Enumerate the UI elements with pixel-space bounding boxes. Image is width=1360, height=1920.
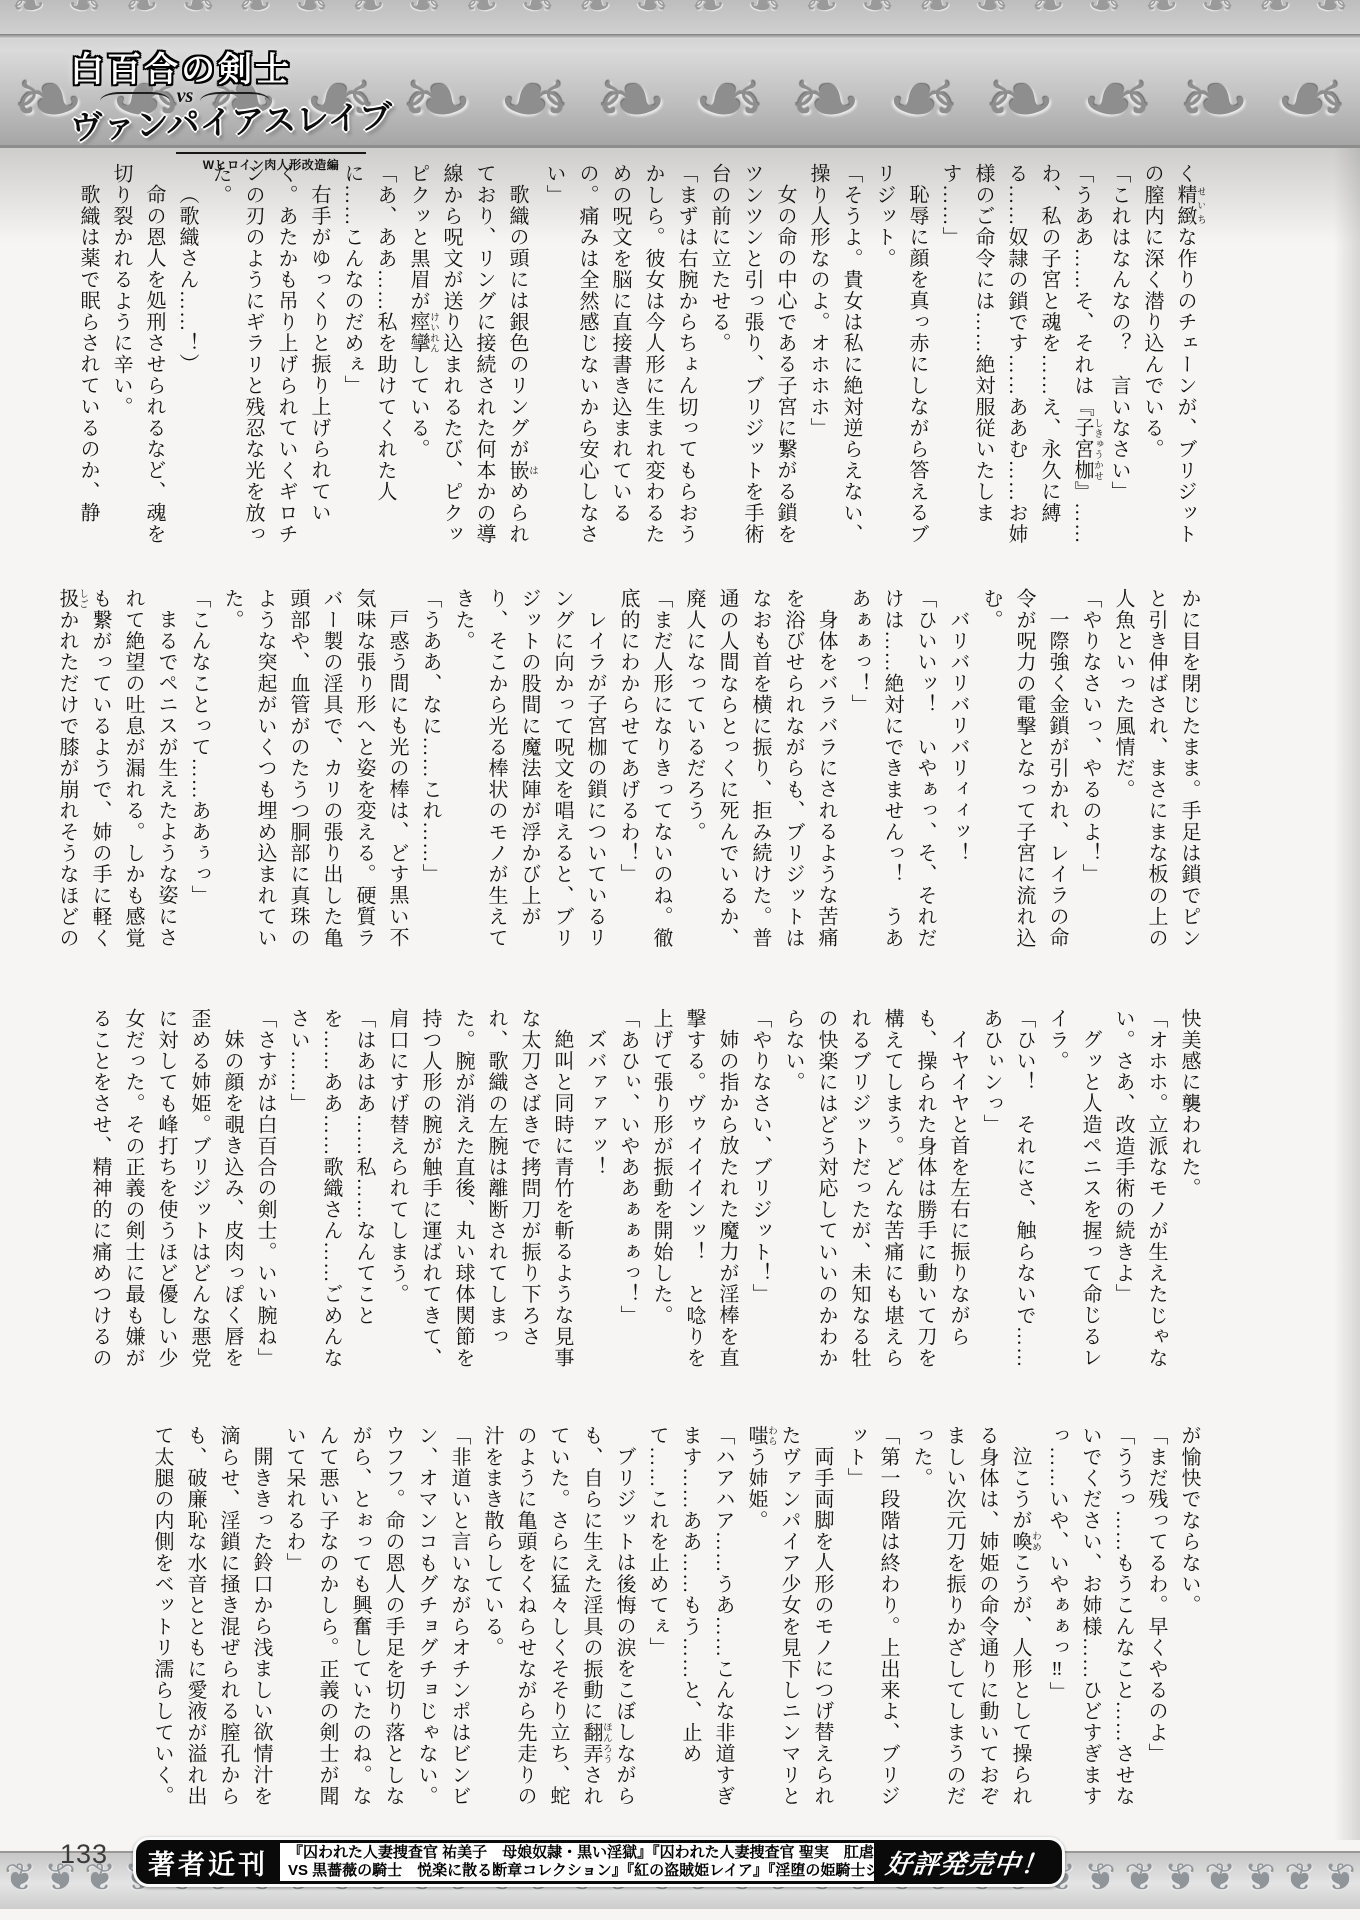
fleuron-icon: ❧ [790, 54, 862, 146]
fleuron-icon: ❧ [805, 0, 839, 24]
paragraph: 「あ、ああ……私を助けてくれた人に……こんなのだめぇ」 [335, 163, 401, 545]
paragraph: 「あひぃ、いやああぁぁぁっ！」 [611, 1008, 644, 1386]
text-band-1: く精緻せいちな作りのチェーンが、ブリジットの膣内に深く潜り込んでいる。「これはな… [25, 163, 1205, 545]
paragraph: （歌織さん……！） [170, 163, 203, 545]
scan-shade-right [1334, 148, 1360, 1840]
fleuron-icon: ❧ [1088, 0, 1122, 24]
title-main: 白百合の剣士 [70, 42, 380, 91]
paragraph: く精緻せいちな作りのチェーンが、ブリジットの膣内に深く潜り込んでいる。 [1135, 163, 1205, 545]
paragraph: 歌織の頭には銀色のリングが嵌はめられており、リングに接続された何本かの導線から呪… [401, 163, 537, 545]
paragraph: 両手両脚を人形のモノにつげ替えられたヴァンパイア少女を見下しニンマリと嗤わらう姉… [739, 1425, 838, 1819]
fleuron-icon: ❧ [693, 54, 765, 146]
footer-book-line-1: 『囚われた人妻捜査官 祐美子 母娘奴隷・黒い淫獄』『囚われた人妻捜査官 聖実 肛… [288, 1844, 866, 1863]
fleuron-icon: ❧ [748, 0, 782, 24]
paragraph: レイラが子宮枷の鎖についているリングに向かって呪文を唱えると、ブリジットの股間に… [446, 588, 611, 966]
fleuron-icon: ❧ [975, 0, 1009, 24]
paragraph: 「うああ……そ、それは『子宮枷しきゅうかせ』……わ、私の子宮と魂を……え、永久に… [933, 163, 1102, 545]
paragraph: 「やりなさい、ブリジット！」 [743, 1008, 776, 1386]
paragraph: 右手がゆっくりと振り上げられていく。あたかも吊り上げられていくギロチンの刃のよう… [203, 163, 335, 545]
page-number: 133 [60, 1839, 108, 1870]
fleuron-icon: ❧ [595, 54, 667, 146]
fleuron-icon: ❧ [1315, 0, 1349, 24]
fleuron-icon: ❧ [182, 0, 216, 24]
paragraph: 姉の指から放たれた魔力が淫棒を直撃する。ヴゥイイインッ！ と唸りを上げて張り形が… [644, 1008, 743, 1386]
paragraph: 「非道いと言いながらオチンポはビンビン、オマンコもグチョグチョじゃない。ウフフ。… [277, 1425, 475, 1819]
ornament-divider [0, 34, 1360, 39]
fleuron-icon: ❧ [1201, 0, 1235, 24]
paragraph: 一際強く金鎖が引かれ、レイラの命令が呪力の電撃となって子宮に流れ込む。 [974, 588, 1073, 966]
fleuron-icon: ❧ [1081, 54, 1153, 146]
fleuron-icon: ❧ [125, 0, 159, 24]
fleuron-icon: ❧ [401, 54, 473, 146]
fleuron-icon: ❧ [352, 0, 386, 24]
footer-book-list: 『囚われた人妻捜査官 祐美子 母娘奴隷・黒い淫獄』『囚われた人妻捜査官 聖実 肛… [280, 1843, 874, 1881]
fleuron-icon: ❦ [1284, 1855, 1316, 1901]
paragraph: 「はあはあ……私……なんてことを……ああ……歌織さん……ごめんなさい……」 [281, 1008, 380, 1386]
paragraph: ズバァァァッ！ [578, 1008, 611, 1386]
paragraph: 「これはなんなの？ 言いなさい」 [1102, 163, 1135, 545]
paragraph: 「ハアハア……うあ……こんな非道すぎます……ああ……もう……と、止めて……これを… [640, 1425, 739, 1819]
fleuron-icon: ❧ [295, 0, 329, 24]
paragraph: 妹の顔を覗き込み、皮肉っぽく唇を歪める姉姫。ブリジットはどんな悪党に対しても峰打… [83, 1008, 248, 1386]
paragraph: 「第一段階は終わり。上出来よ、ブリジット」 [838, 1425, 904, 1819]
paragraph: 歌織は薬で眠らされているのか、静 [71, 163, 104, 545]
fleuron-icon: ❧ [984, 54, 1056, 146]
fleuron-icon: ❧ [1178, 54, 1250, 146]
paragraph: かに目を閉じたまま。手足は鎖でピンと引き伸ばされ、まさにまな板の上の人魚といった… [1106, 588, 1205, 966]
paragraph: 「ひいいッ！ いやぁっ、そ、それだけは……絶対にできませんっ！ うああぁぁっ！」 [842, 588, 941, 966]
novel-page: ❧❧❧❧❧❧❧❧❧❧❧❧❧❧❧❧❧❧❧❧❧❧❧❧ ❧❧❧❧❧❧❧❧❧❧❧❧❧❧ … [0, 0, 1360, 1920]
fleuron-icon: ❧ [691, 0, 725, 24]
fleuron-icon: ❧ [238, 0, 272, 24]
paragraph: ブリジットは後悔の涙をこぼしながらも、自らに生えた淫具の振動に翻弄ほんろうされて… [475, 1425, 640, 1819]
paragraph: 「こんなことって……ああぅっ」 [182, 588, 215, 966]
paragraph: 命の恩人を処刑させられるなど、魂を切り裂かれるように辛い。 [104, 163, 170, 545]
sale-badge: 好評発売中！ [880, 1844, 1054, 1881]
footer-bar: 著者近刊 『囚われた人妻捜査官 祐美子 母娘奴隷・黒い淫獄』『囚われた人妻捜査官… [133, 1837, 1065, 1887]
paragraph: 女の命の中心である子宮に繋がる鎖をツンツンと引っ張り、ブリジットを手術台の前に立… [702, 163, 801, 545]
paragraph: グッと人造ペニスを握って命じるレイラ。 [1040, 1008, 1106, 1386]
fleuron-icon: ❧ [918, 0, 952, 24]
paragraph: が愉快でならない。 [1172, 1425, 1205, 1819]
fleuron-icon: ❧ [578, 0, 612, 24]
paragraph: 「うああ、なに……これ……」 [413, 588, 446, 966]
series-title-logo: 白百合の剣士 vs ヴァンパイアスレイブ Wヒロイン肉人形改造編 [70, 42, 380, 173]
fleuron-icon: ❧ [498, 54, 570, 146]
footer-label: 著者近刊 [144, 1843, 272, 1882]
footer-book-line-2: VS 黒薔薇の騎士 悦楽に散る断章コレクション』『紅の盗賊姫レイア』『淫堕の姫騎… [288, 1862, 866, 1881]
paragraph: バリバリバリバリィィッ！ [941, 588, 974, 966]
paragraph: 泣こうが喚わめこうが、人形として操られる身体は、姉姫の命令通りに動いておぞましい… [904, 1425, 1040, 1819]
fleuron-icon: ❧ [861, 0, 895, 24]
fleuron-icon: ❦ [1164, 1855, 1196, 1901]
paragraph: 「まだ残ってるわ。早くやるのよ」 [1139, 1425, 1172, 1819]
fleuron-icon: ❦ [4, 1855, 36, 1901]
fleuron-icon: ❧ [521, 0, 555, 24]
text-band-4: が愉快でならない。「まだ残ってるわ。早くやるのよ」「ううっ……もうこんなこと……… [25, 1425, 1205, 1819]
fleuron-icon: ❧ [887, 54, 959, 146]
text-band-3: 快美感に襲われた。「オホホ。立派なモノが生えたじゃない。さあ、改造手術の続きよ」… [25, 1008, 1205, 1386]
paragraph: 「オホホ。立派なモノが生えたじゃない。さあ、改造手術の続きよ」 [1106, 1008, 1172, 1386]
edition-subtitle: Wヒロイン肉人形改造編 [176, 152, 366, 173]
paragraph: 「まずは右腕からちょん切ってもらおうかしら。彼女は今人形に生まれ変わるための呪文… [537, 163, 702, 545]
paragraph: 身体をバラバラにされるような苦痛を浴びせられながらも、ブリジットはなおも首を横に… [677, 588, 842, 966]
paragraph: 「まだ人形になりきってないのね。徹底的にわからせてあげるわ！」 [611, 588, 677, 966]
fleuron-icon: ❦ [1244, 1855, 1276, 1901]
paragraph: 恥辱に顔を真っ赤にしながら答えるブリジット。 [867, 163, 933, 545]
fleuron-icon: ❦ [1324, 1855, 1356, 1901]
fleuron-icon: ❧ [68, 0, 102, 24]
paragraph: 快美感に襲われた。 [1172, 1008, 1205, 1386]
paragraph: イヤイヤと首を左右に振りながらも、操られた身体は勝手に動いて刀を構えてしまう。ど… [776, 1008, 974, 1386]
paragraph: まるでペニスが生えたような姿にされて絶望の吐息が漏れる。しかも感覚も繋がっている… [50, 588, 182, 966]
fleuron-icon: ❧ [408, 0, 442, 24]
paragraph: 戸惑う間にも光の棒は、どす黒い不気味な張り形へと姿を変える。硬質ラバー製の淫具で… [215, 588, 413, 966]
ornament-row-top: ❧❧❧❧❧❧❧❧❧❧❧❧❧❧❧❧❧❧❧❧❧❧❧❧ [0, 0, 1360, 24]
fleuron-icon: ❧ [635, 0, 669, 24]
fleuron-icon: ❧ [1145, 0, 1179, 24]
paragraph: 絶叫と同時に青竹を斬るような見事な太刀さばきで拷問刀が振り下ろされ、歌織の左腕は… [380, 1008, 578, 1386]
paragraph: 「ひい！ それにさ、触らないで……あひぃンっ」 [974, 1008, 1040, 1386]
fleuron-icon: ❧ [1031, 0, 1065, 24]
fleuron-icon: ❦ [1204, 1855, 1236, 1901]
title-sub: ヴァンパイアスレイブ [69, 91, 380, 149]
fleuron-icon: ❧ [465, 0, 499, 24]
paragraph: 「ううっ……もうこんなこと……させないでください、お姉様……ひどすぎますっ……い… [1040, 1425, 1139, 1819]
fleuron-icon: ❦ [1124, 1855, 1156, 1901]
paragraph: 「そうよ。貴女は私に絶対逆らえない、操り人形なのよ。オホホホ」 [801, 163, 867, 545]
paragraph: 「さすがは白百合の剣士。いい腕ね」 [248, 1008, 281, 1386]
paragraph: 開ききった鈴口から浅ましい欲情汁を滴らせ、淫鎖に掻き混ぜられる膣孔からも、破廉恥… [145, 1425, 277, 1819]
fleuron-icon: ❧ [1258, 0, 1292, 24]
fleuron-icon: ❦ [1084, 1855, 1116, 1901]
paragraph: 「やりなさいっ、やるのよ！」 [1073, 588, 1106, 966]
fleuron-icon: ❧ [1275, 54, 1347, 146]
text-band-2: かに目を閉じたまま。手足は鎖でピンと引き伸ばされ、まさにまな板の上の人魚といった… [25, 588, 1205, 966]
fleuron-icon: ❧ [12, 0, 46, 24]
